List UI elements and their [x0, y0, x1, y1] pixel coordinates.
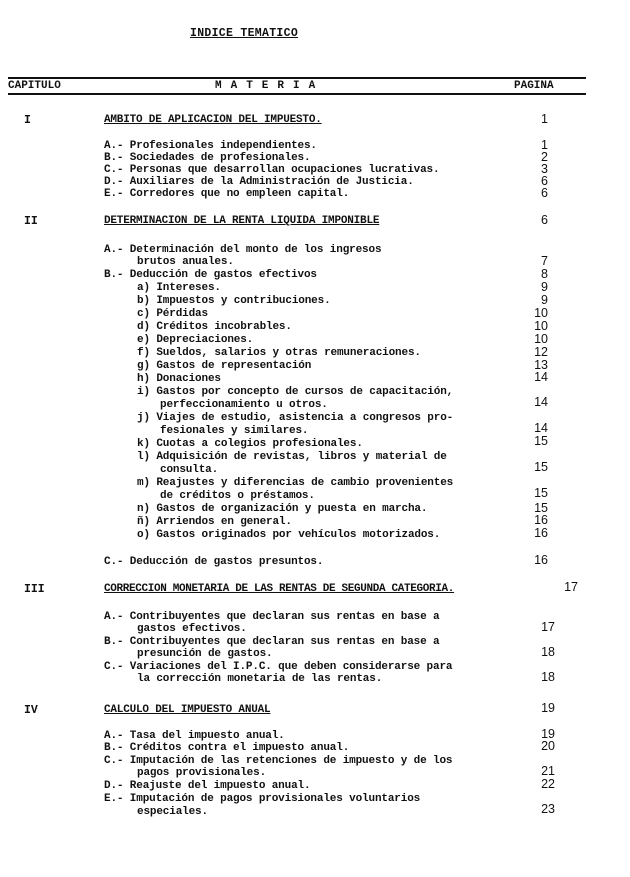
- header-top-rule: [8, 77, 586, 79]
- toc-item-page: 22: [525, 777, 555, 791]
- toc-item: E.- Corredores que no empleen capital.: [104, 188, 349, 200]
- toc-item-page: 21: [525, 764, 555, 778]
- chapter-title: CALCULO DEL IMPUESTO ANUAL: [104, 704, 270, 716]
- toc-item-continuation: la corrección monetaria de las rentas.: [137, 673, 382, 685]
- chapter-page: 19: [525, 701, 555, 715]
- toc-subitem: k) Cuotas a colegios profesionales.: [137, 438, 363, 450]
- toc-item: C.- Imputación de las retenciones de imp…: [104, 755, 452, 767]
- toc-item-page: 8: [518, 267, 548, 281]
- chapter-title: DETERMINACION DE LA RENTA LIQUIDA IMPONI…: [104, 215, 379, 227]
- toc-subitem: g) Gastos de representación: [137, 360, 311, 372]
- toc-subitem: f) Sueldos, salarios y otras remuneracio…: [137, 347, 421, 359]
- toc-subitem: n) Gastos de organización y puesta en ma…: [137, 503, 427, 515]
- toc-subitem-page: 14: [518, 421, 548, 435]
- toc-item-page: 18: [525, 645, 555, 659]
- chapter-title: AMBITO DE APLICACION DEL IMPUESTO.: [104, 114, 322, 126]
- toc-subitem: b) Impuestos y contribuciones.: [137, 295, 331, 307]
- toc-item: A.- Contribuyentes que declaran sus rent…: [104, 611, 439, 623]
- toc-item-continuation: brutos anuales.: [137, 256, 234, 268]
- toc-subitem-page: 16: [518, 526, 548, 540]
- toc-item-page: 17: [525, 620, 555, 634]
- toc-subitem-continuation: de créditos o préstamos.: [160, 490, 315, 502]
- toc-subitem-continuation: perfeccionamiento u otros.: [160, 399, 328, 411]
- toc-item: B.- Sociedades de profesionales.: [104, 152, 310, 164]
- toc-item: E.- Imputación de pagos provisionales vo…: [104, 793, 420, 805]
- column-header-subject: MATERIA: [215, 80, 324, 92]
- toc-subitem-page: 10: [518, 319, 548, 333]
- document-title: INDICE TEMATICO: [190, 27, 298, 40]
- toc-item: D.- Auxiliares de la Administración de J…: [104, 176, 414, 188]
- toc-item-continuation: gastos efectivos.: [137, 623, 247, 635]
- toc-item: C.- Deducción de gastos presuntos.: [104, 556, 323, 568]
- chapter-title: CORRECCION MONETARIA DE LAS RENTAS DE SE…: [104, 583, 454, 595]
- header-bottom-rule: [8, 93, 586, 95]
- toc-item-continuation: especiales.: [137, 806, 208, 818]
- toc-item-page: 18: [525, 670, 555, 684]
- toc-item-page: 23: [525, 802, 555, 816]
- toc-subitem: ñ) Arriendos en general.: [137, 516, 292, 528]
- toc-subitem-page: 9: [518, 280, 548, 294]
- toc-subitem-page: 14: [518, 395, 548, 409]
- chapter-numeral: III: [24, 583, 45, 596]
- chapter-page: 17: [548, 580, 578, 594]
- toc-item: B.- Créditos contra el impuesto anual.: [104, 742, 349, 754]
- toc-item-page: 6: [518, 186, 548, 200]
- toc-subitem: a) Intereses.: [137, 282, 221, 294]
- toc-subitem-page: 15: [518, 486, 548, 500]
- chapter-page: 6: [518, 213, 548, 227]
- toc-item: A.- Tasa del impuesto anual.: [104, 730, 285, 742]
- chapter-numeral: IV: [24, 704, 38, 717]
- toc-item: C.- Personas que desarrollan ocupaciones…: [104, 164, 439, 176]
- toc-subitem-continuation: fesionales y similares.: [160, 425, 308, 437]
- toc-item-page: 20: [525, 739, 555, 753]
- column-header-page: PAGINA: [514, 80, 554, 92]
- chapter-numeral: II: [24, 215, 38, 228]
- toc-item: B.- Contribuyentes que declaran sus rent…: [104, 636, 439, 648]
- toc-item-page: 16: [518, 553, 548, 567]
- toc-item: A.- Profesionales independientes.: [104, 140, 317, 152]
- toc-subitem-page: 14: [518, 370, 548, 384]
- toc-subitem-page: 9: [518, 293, 548, 307]
- toc-subitem: o) Gastos originados por vehículos motor…: [137, 529, 440, 541]
- chapter-page: 1: [518, 112, 548, 126]
- toc-subitem: j) Viajes de estudio, asistencia a congr…: [137, 412, 453, 424]
- toc-item-continuation: presunción de gastos.: [137, 648, 272, 660]
- toc-subitem-page: 10: [518, 306, 548, 320]
- toc-item: A.- Determinación del monto de los ingre…: [104, 244, 381, 256]
- chapter-numeral: I: [24, 114, 31, 127]
- toc-item: D.- Reajuste del impuesto anual.: [104, 780, 310, 792]
- toc-subitem: m) Reajustes y diferencias de cambio pro…: [137, 477, 453, 489]
- toc-subitem: i) Gastos por concepto de cursos de capa…: [137, 386, 453, 398]
- toc-item: B.- Deducción de gastos efectivos: [104, 269, 317, 281]
- toc-subitem-page: 15: [518, 434, 548, 448]
- toc-item-page: 7: [518, 254, 548, 268]
- column-header-chapter: CAPITULO: [8, 80, 61, 92]
- toc-subitem-continuation: consulta.: [160, 464, 218, 476]
- toc-subitem: h) Donaciones: [137, 373, 221, 385]
- toc-subitem: l) Adquisición de revistas, libros y mat…: [137, 451, 447, 463]
- toc-subitem: e) Depreciaciones.: [137, 334, 253, 346]
- toc-subitem-page: 15: [518, 460, 548, 474]
- toc-item: C.- Variaciones del I.P.C. que deben con…: [104, 661, 452, 673]
- toc-item-continuation: pagos provisionales.: [137, 767, 266, 779]
- toc-subitem-page: 12: [518, 345, 548, 359]
- toc-subitem-page: 16: [518, 513, 548, 527]
- toc-subitem: d) Créditos incobrables.: [137, 321, 292, 333]
- toc-subitem: c) Pérdidas: [137, 308, 208, 320]
- toc-subitem-page: 10: [518, 332, 548, 346]
